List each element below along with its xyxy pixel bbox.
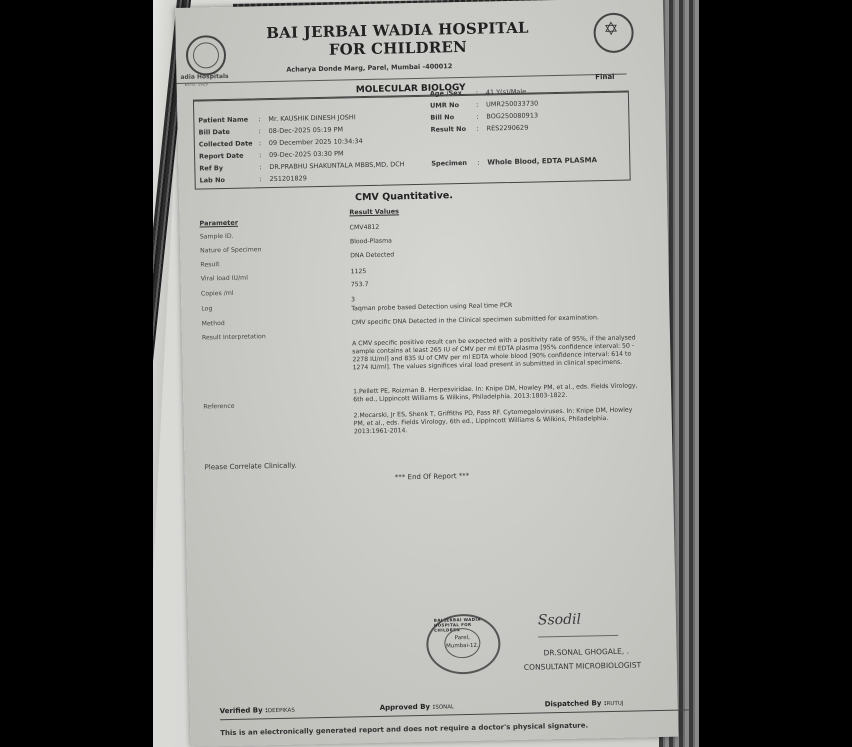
info-label: Lab No [200, 175, 260, 184]
results-section: Parameter Result Values Sample ID.CMV481… [199, 204, 639, 213]
info-label: UMR No [430, 101, 476, 110]
hospital-address: Acharya Donde Marg, Parel, Mumbai -40001… [286, 62, 452, 73]
disclaimer: This is an electronically generated repo… [220, 722, 588, 738]
test-title: CMV Quantitative. [179, 187, 629, 207]
collected-date: 09 December 2025 10:34:34 [269, 137, 363, 147]
reference-label: Reference [203, 401, 343, 411]
result-parameter: Result Interpretation [202, 332, 342, 342]
hospital-stamp-icon: BAI JERBAI WADIA HOSPITAL FOR CHILDREN P… [426, 613, 501, 675]
signatory-title: CONSULTANT MICROBIOLOGIST [524, 660, 641, 671]
stamp-center: Parel, Mumbai-12. [444, 628, 481, 659]
result-row: Copies /ml753.7 [201, 281, 641, 290]
verified-by: Verified By :DEEPIKAS [220, 706, 295, 716]
info-label: Ref By [199, 163, 259, 172]
result-number: RES2290629 [487, 124, 529, 133]
reference-list: 1.Pellett PE, Roizman B. Herpesviridae. … [353, 382, 639, 444]
reference-row: Reference 1.Pellett PE, Roizman B. Herpe… [203, 382, 643, 391]
info-label: Specimen [431, 159, 477, 168]
value-header: Result Values [349, 207, 399, 216]
photo-background: adia Hospitals ESTD. 1929 BAI JERBAI WAD… [153, 0, 699, 747]
info-label: Patient Name [198, 115, 258, 124]
specimen-value: Whole Blood, EDTA PLASMA [487, 156, 597, 166]
result-value: 753.7 [351, 275, 641, 289]
stamp-line2: Mumbai-12. [445, 642, 479, 651]
info-label: Collected Date [199, 139, 259, 148]
patient-info-right: Age /Sex:41 Y(s)/Male UMR No:UMR25003373… [430, 85, 539, 135]
accreditation-logo-icon [593, 12, 634, 53]
patient-info-box: MOLECULAR BIOLOGY Patient Name:Mr. KAUSH… [193, 91, 631, 190]
result-parameter: Log [201, 303, 341, 313]
hospital-name: BAI JERBAI WADIA HOSPITAL FOR CHILDREN [247, 18, 548, 60]
result-row: Result InterpretationCMV specific DNA De… [202, 325, 642, 334]
result-parameter: Method [202, 318, 342, 328]
lab-number: 251201829 [270, 174, 307, 183]
interpretation-note: A CMV specific positive result can be ex… [352, 334, 638, 372]
approved-by: Approved By :SONAL [380, 702, 455, 712]
result-value: DNA Detected [350, 246, 640, 260]
umr-number: UMR250033730 [486, 99, 538, 108]
result-row: Viral load IU/ml1125 [201, 266, 641, 275]
report-date: 09-Dec-2025 03:30 PM [269, 150, 344, 160]
result-parameter: Result [200, 259, 340, 269]
result-row: Nature of SpecimenBlood-Plasma [200, 238, 640, 247]
result-parameter: Nature of Specimen [200, 245, 340, 255]
end-of-report: *** End Of Report *** [395, 472, 470, 482]
parameter-header: Parameter [199, 219, 238, 228]
info-row: Result No:RES2290629 [430, 121, 538, 135]
approved-by-value: SONAL [435, 704, 454, 710]
bill-date: 08-Dec-2025 05:19 PM [269, 126, 344, 136]
hospital-logo-left-icon [186, 35, 227, 76]
signatory-name: DR.SONAL GHOGALE, . [543, 647, 629, 658]
info-label: Bill Date [199, 127, 259, 136]
result-parameter: Copies /ml [201, 288, 341, 298]
lab-report-page: adia Hospitals ESTD. 1929 BAI JERBAI WAD… [175, 0, 678, 747]
info-label: Age /Sex [430, 89, 476, 98]
doctor-signature: Ssodil [538, 611, 619, 638]
reference-item: 2.Mocarski, Jr ES, Shenk T, Griffiths PD… [354, 406, 639, 436]
result-value: CMV specific DNA Detected in the Clinica… [352, 313, 642, 327]
footer-signoffs: Verified By :DEEPIKAS Approved By :SONAL… [220, 698, 640, 707]
info-label: Bill No [430, 113, 476, 122]
verified-by-value: DEEPIKAS [268, 708, 295, 715]
dispatched-by: Dispatched By :RUTUJ [545, 699, 624, 709]
correlate-note: Please Correlate Clinically. [205, 462, 297, 472]
logo-left-caption: adia Hospitals [180, 73, 228, 81]
info-label: Result No [431, 125, 477, 134]
result-value: CMV4812 [350, 218, 640, 232]
reference-item: 1.Pellett PE, Roizman B. Herpesviridae. … [353, 382, 638, 404]
age-sex: 41 Y(s)/Male [486, 88, 527, 97]
referring-doctor: DR.PRABHU SHAKUNTALA MBBS,MD, DCH [269, 160, 404, 171]
result-value: Blood-Plasma [350, 232, 640, 246]
result-value: 1125 [350, 262, 640, 276]
patient-name: Mr. KAUSHIK DINESH JOSHI [268, 113, 356, 123]
patient-info-left: Patient Name:Mr. KAUSHIK DINESH JOSHI Bi… [198, 110, 405, 186]
result-row: ResultDNA Detected [200, 252, 640, 261]
info-label: Report Date [199, 151, 259, 160]
dispatched-by-value: RUTUJ [607, 701, 624, 707]
bill-number: BOG250080913 [486, 111, 538, 120]
result-row: Sample ID.CMV4812 [200, 224, 640, 233]
result-parameter: Sample ID. [200, 231, 340, 241]
specimen-row: Specimen:Whole Blood, EDTA PLASMA [431, 154, 597, 169]
result-parameter: Viral load IU/ml [201, 273, 341, 283]
